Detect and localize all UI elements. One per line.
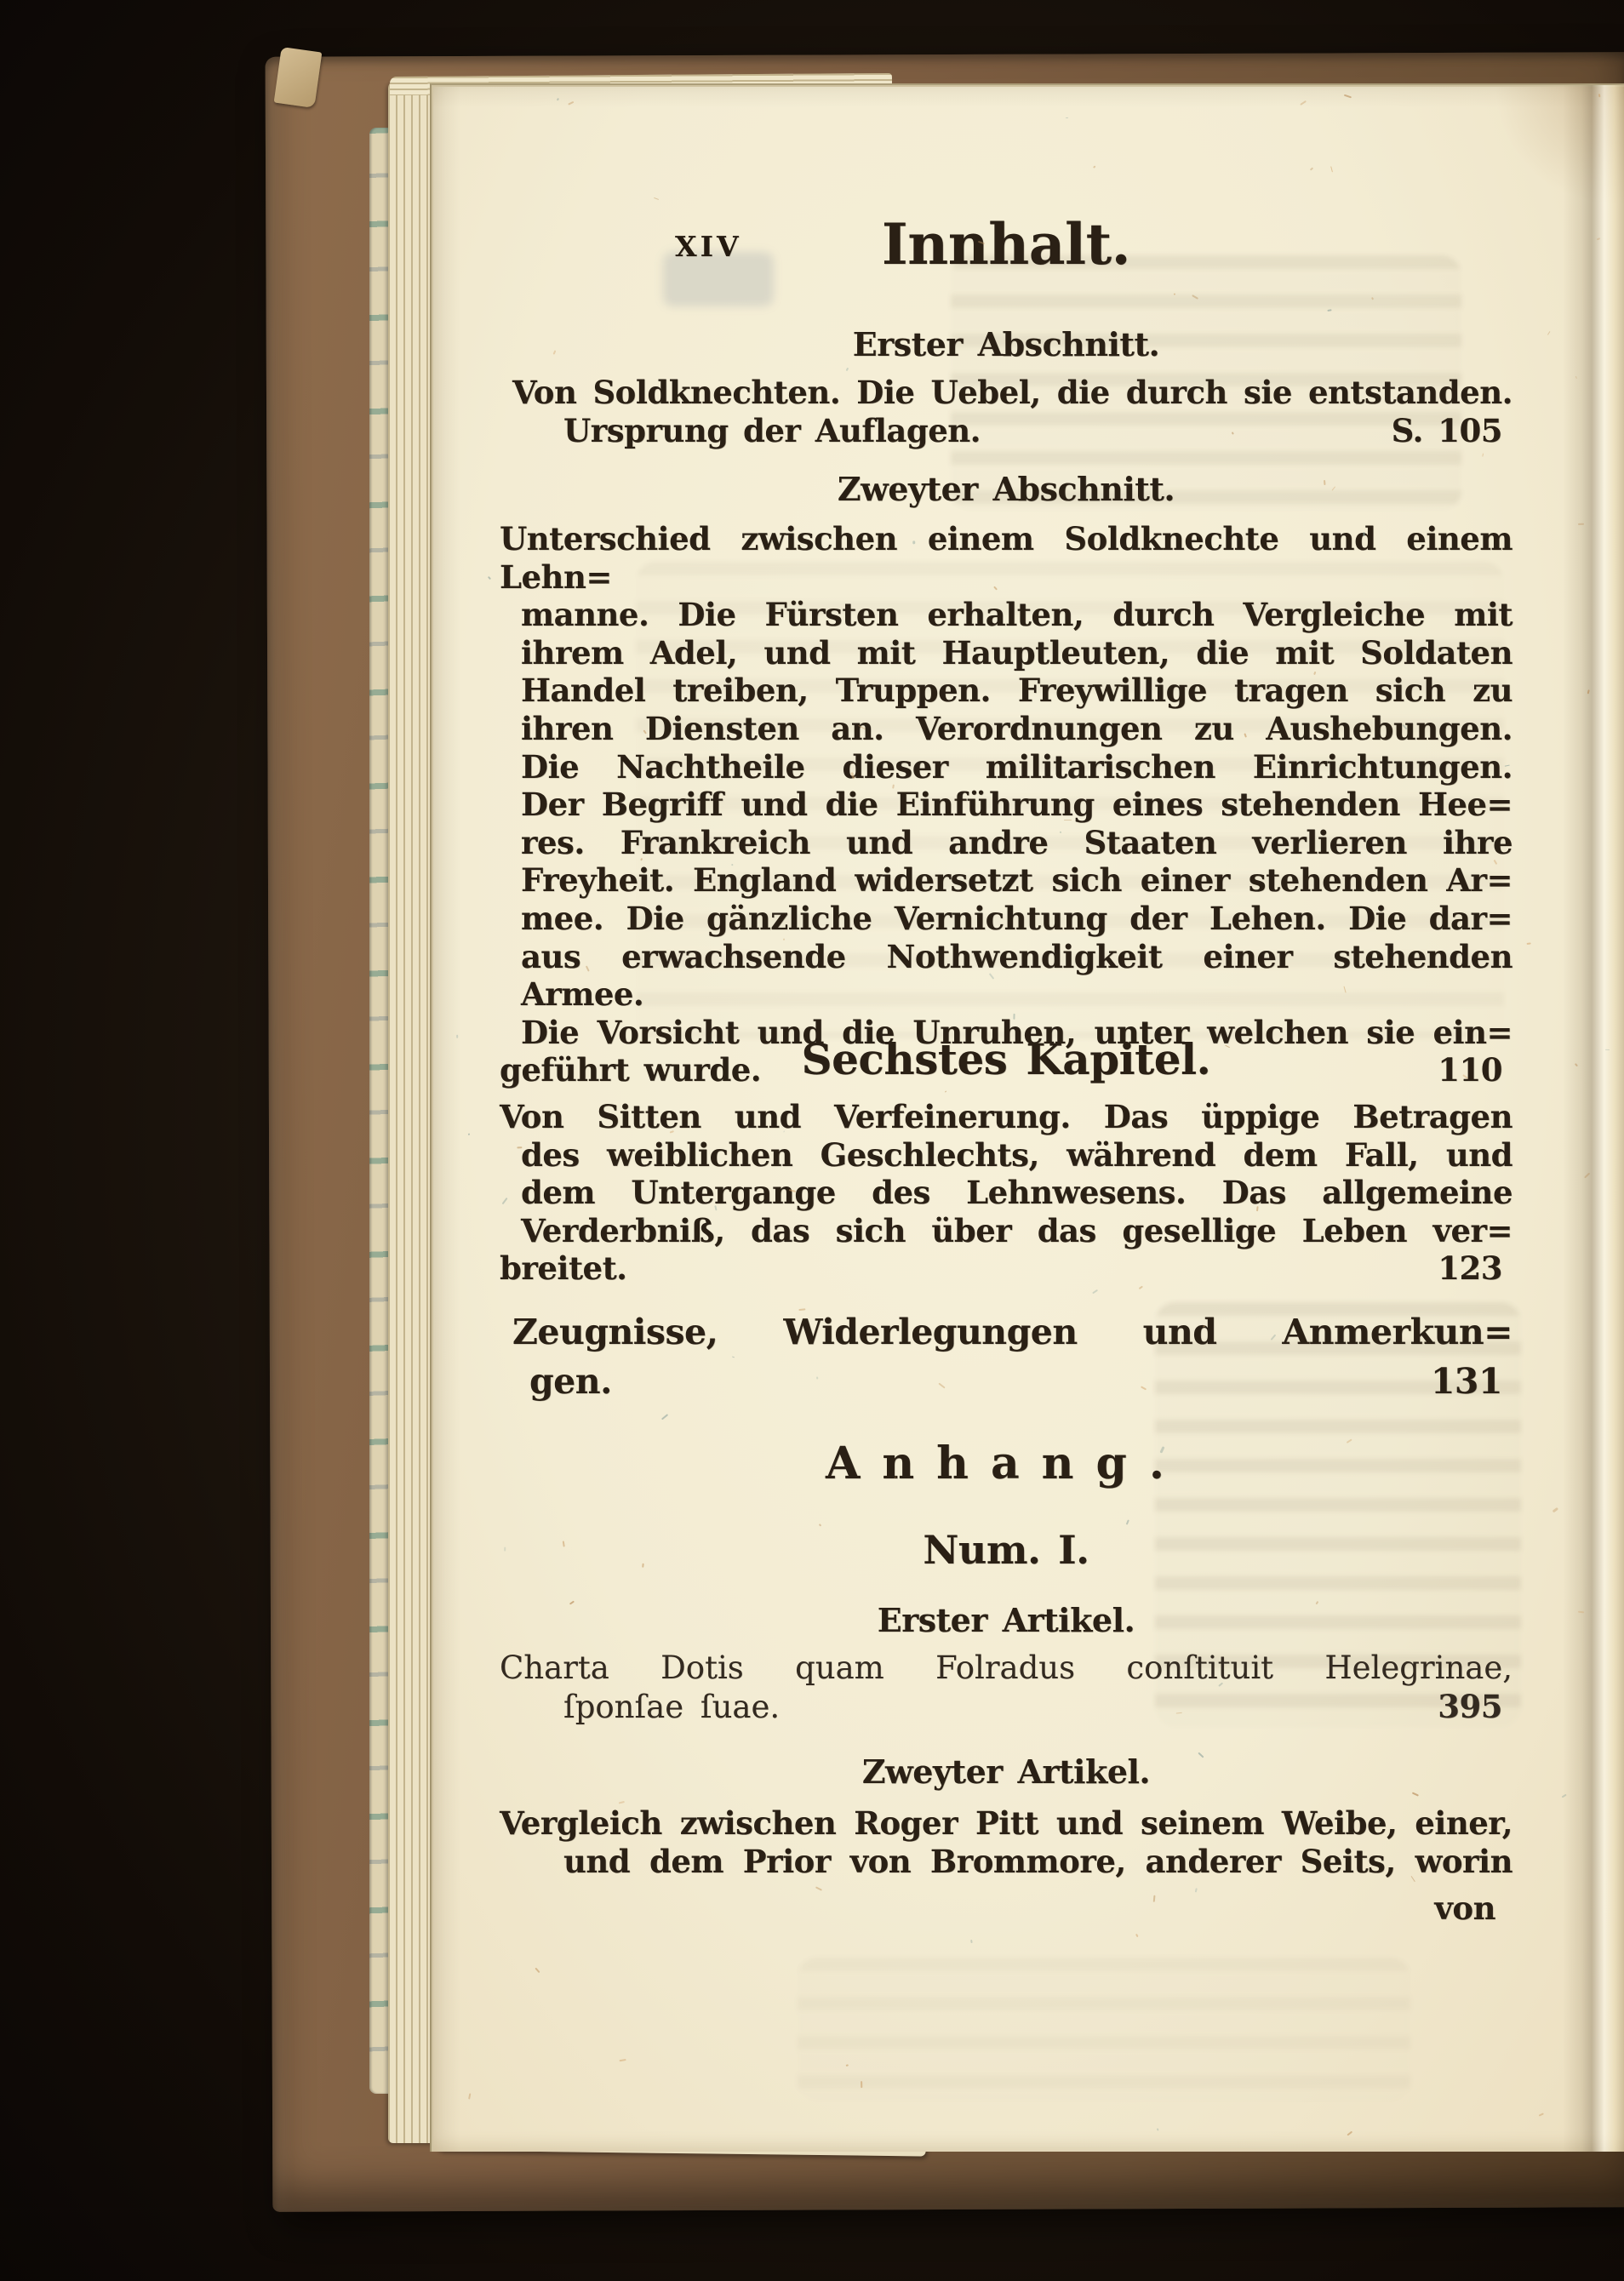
toc-section-zweyter-artikel: Zweyter Artikel. Vergleich zwischen Roge… [500, 1753, 1512, 1880]
toc-line: ihren Diensten an. Verordnungen zu Aushe… [500, 710, 1512, 748]
toc-line: gen. [500, 1357, 612, 1406]
toc-section-num-1: Num. I. [500, 1527, 1512, 1573]
section-lines: Unterschied zwischen einem Soldknechte u… [500, 520, 1512, 1051]
page-title: Innhalt. [500, 213, 1512, 276]
toc-section-zweyter-abschnitt: Zweyter Abschnitt. Unterschied zwischen … [500, 471, 1512, 1089]
section-lines: Vergleich zwischen Roger Pitt und seinem… [500, 1804, 1512, 1880]
section-heading: Zweyter Abschnitt. [500, 471, 1512, 508]
toc-line: Handel treiben, Truppen. Freywillige tra… [500, 672, 1512, 710]
photo-background: { "book_page": { "page_number": "XIV", "… [0, 0, 1624, 2281]
toc-line: Von Sitten und Verfeinerung. Das üppige … [500, 1098, 1512, 1136]
toc-section-erster-artikel: Erster Artikel. Charta Dotis quam Folrad… [500, 1602, 1512, 1726]
toc-line: Vergleich zwischen Roger Pitt und seinem… [500, 1804, 1512, 1843]
toc-line: Von Soldknechten. Die Uebel, die durch s… [500, 374, 1512, 412]
toc-line: dem Untergange des Lehnwesens. Das allge… [500, 1174, 1512, 1212]
section-lastline: ſponſae ſuae. 395 [500, 1688, 1512, 1727]
page-ref: 131 [1431, 1357, 1512, 1406]
section-lines: Zeugnisse, Widerlegungen und Anmerkun= [500, 1307, 1512, 1357]
section-heading: Erster Abschnitt. [500, 326, 1512, 363]
paper-fibre [1553, 1507, 1558, 1512]
toc-line: mee. Die gänzliche Vernichtung der Lehen… [500, 900, 1512, 938]
page-header: XIV Innhalt. [500, 213, 1512, 281]
section-heading: Sechstes Kapitel. [500, 1035, 1512, 1084]
section-heading: Anhang. [500, 1438, 1512, 1489]
paper-fibre [488, 576, 491, 580]
page-gutter-fold [1563, 85, 1624, 2152]
toc-line: Charta Dotis quam Folradus conſtituit He… [500, 1649, 1512, 1688]
catchword: von [1434, 1889, 1495, 1927]
paper-fibre [456, 1035, 458, 1038]
toc-line: res. Frankreich und andre Staaten verlie… [500, 824, 1512, 862]
page-ref: 395 [1438, 1688, 1512, 1726]
section-lastline: Ursprung der Auflagen. S. 105 [500, 412, 1512, 450]
toc-section-zeugnisse: Zeugnisse, Widerlegungen und Anmerkun= g… [500, 1307, 1512, 1406]
toc-line: Der Begriff und die Einführung eines ste… [500, 786, 1512, 824]
paper-fibre [1547, 331, 1551, 335]
toc-section-anhang: Anhang. [500, 1438, 1512, 1489]
toc-line: und dem Prior von Brommore, anderer Seit… [500, 1843, 1512, 1881]
paper-fibre [1539, 2112, 1544, 2117]
section-lastline: breitet. 123 [500, 1249, 1512, 1288]
paper-fibre [1527, 942, 1531, 944]
section-lines: Von Sitten und Verfeinerung. Das üppige … [500, 1098, 1512, 1249]
section-lines: Charta Dotis quam Folradus conſtituit He… [500, 1649, 1512, 1688]
toc-line: ſponſae ſuae. [500, 1689, 780, 1727]
toc-line: aus erwachsende Nothwendigkeit einer ste… [500, 938, 1512, 1014]
toc-section-sechstes-kapitel: Sechstes Kapitel. Von Sitten und Verfein… [500, 1035, 1512, 1288]
book-page: XIV Innhalt. Erster Abschnitt. Von Soldk… [430, 83, 1624, 2152]
paper-fibre [468, 2093, 471, 2100]
section-heading: Zweyter Artikel. [500, 1753, 1512, 1791]
toc-line: ihrem Adel, und mit Hauptleuten, die mit… [500, 634, 1512, 672]
section-lines: Von Soldknechten. Die Uebel, die durch s… [500, 374, 1512, 412]
toc-line: breitet. [500, 1249, 627, 1288]
page-stack-fore-edge [388, 80, 434, 2143]
toc-line: Freyheit. England widersetzt sich einer … [500, 861, 1512, 900]
toc-section-erster-abschnitt: Erster Abschnitt. Von Soldknechten. Die … [500, 326, 1512, 449]
toc-line: Verderbniß, das sich über das gesellige … [500, 1212, 1512, 1250]
section-lastline: gen. 131 [500, 1357, 1512, 1406]
cover-worn-corner [274, 47, 323, 108]
toc-line: Die Nachtheile dieser militarischen Einr… [500, 748, 1512, 786]
toc-line: des weiblichen Geschlechts, während dem … [500, 1136, 1512, 1175]
paper-fibre [468, 1133, 470, 1135]
page-ref: 123 [1438, 1249, 1512, 1288]
page-ref: S. 105 [1392, 412, 1512, 450]
page-number: XIV [675, 230, 742, 263]
toc-line: Zeugnisse, Widerlegungen und Anmerkun= [500, 1307, 1512, 1357]
toc-line: manne. Die Fürsten erhalten, durch Vergl… [500, 596, 1512, 634]
section-heading: Erster Artikel. [500, 1602, 1512, 1639]
section-heading: Num. I. [500, 1527, 1512, 1573]
table-of-contents: XIV Innhalt. Erster Abschnitt. Von Soldk… [500, 85, 1512, 2152]
toc-line: Ursprung der Auflagen. [500, 412, 981, 450]
toc-line: Unterschied zwischen einem Soldknechte u… [500, 520, 1512, 596]
